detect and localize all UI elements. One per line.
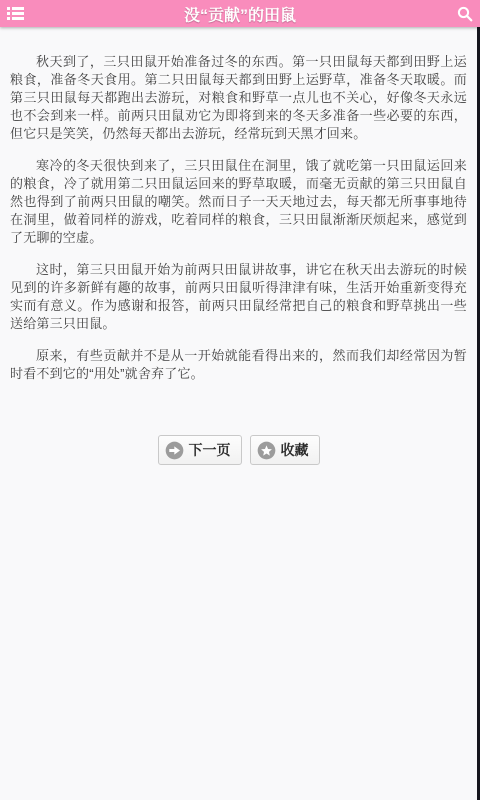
story-paragraph-1: 秋天到了，三只田鼠开始准备过冬的东西。第一只田鼠每天都到田野上运粮食，准备冬天食… (10, 53, 467, 143)
search-icon (457, 6, 473, 22)
search-button[interactable] (450, 0, 480, 27)
story-content: 秋天到了，三只田鼠开始准备过冬的东西。第一只田鼠每天都到田野上运粮食，准备冬天食… (0, 27, 477, 800)
app-screen: 没“贡献”的田鼠 秋天到了，三只田鼠开始准备过冬的东西。第一只田鼠每天都到田野上… (0, 0, 480, 800)
arrow-right-circle-icon (165, 441, 184, 460)
star-circle-icon (257, 441, 276, 460)
next-page-button[interactable]: 下一页 (158, 435, 242, 465)
next-page-label: 下一页 (189, 440, 231, 460)
list-menu-icon (7, 6, 24, 21)
favorite-button[interactable]: 收藏 (250, 435, 320, 465)
app-header: 没“贡献”的田鼠 (0, 0, 480, 27)
story-paragraph-2: 寒冷的冬天很快到来了，三只田鼠住在洞里，饿了就吃第一只田鼠运回来的粮食，冷了就用… (10, 157, 467, 247)
action-bar: 下一页 收藏 (10, 435, 467, 465)
story-paragraph-3: 这时，第三只田鼠开始为前两只田鼠讲故事，讲它在秋天出去游玩的时候见到的许多新鲜有… (10, 261, 467, 333)
favorite-label: 收藏 (281, 440, 309, 460)
story-paragraph-4: 原来，有些贡献并不是从一开始就能看得出来的，然而我们却经常因为暂时看不到它的“用… (10, 347, 467, 383)
menu-button[interactable] (0, 0, 31, 27)
page-title: 没“贡献”的田鼠 (184, 2, 296, 25)
